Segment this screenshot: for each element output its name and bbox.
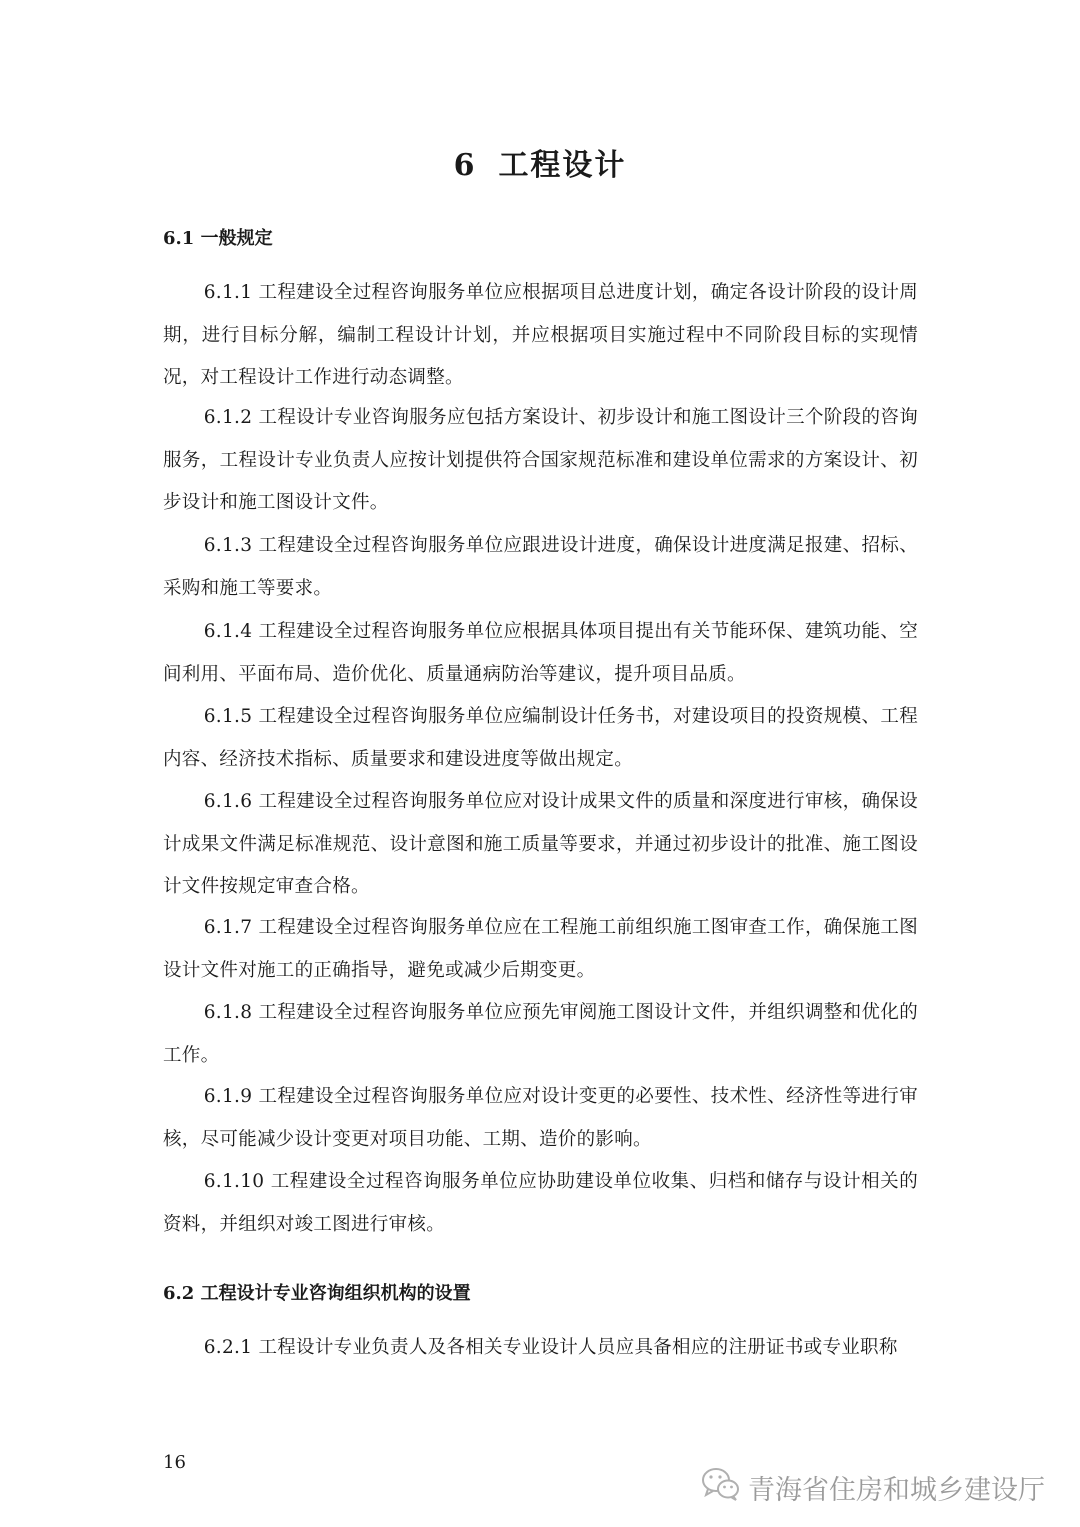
- section-heading-6-2: 6.2 工程设计专业咨询组织机构的设置: [163, 1279, 471, 1305]
- wechat-icon: [700, 1465, 742, 1510]
- clause-6-1-6: 6.1.6 工程建设全过程咨询服务单位应对设计成果文件的质量和深度进行审核，确保…: [163, 781, 918, 909]
- clause-6-1-1: 6.1.1 工程建设全过程咨询服务单位应根据项目总进度计划，确定各设计阶段的设计…: [163, 272, 918, 400]
- clause-6-1-9: 6.1.9 工程建设全过程咨询服务单位应对设计变更的必要性、技术性、经济性等进行…: [163, 1076, 918, 1161]
- chapter-title: 6工程设计: [0, 140, 1080, 184]
- clause-6-1-8: 6.1.8 工程建设全过程咨询服务单位应预先审阅施工图设计文件，并组织调整和优化…: [163, 992, 918, 1077]
- clause-6-1-2: 6.1.2 工程设计专业咨询服务应包括方案设计、初步设计和施工图设计三个阶段的咨…: [163, 397, 918, 525]
- clause-6-1-10: 6.1.10 工程建设全过程咨询服务单位应协助建设单位收集、归档和储存与设计相关…: [163, 1161, 918, 1246]
- clause-6-1-5: 6.1.5 工程建设全过程咨询服务单位应编制设计任务书，对建设项目的投资规模、工…: [163, 696, 918, 781]
- page-number: 16: [163, 1452, 186, 1473]
- section-heading-6-1: 6.1 一般规定: [163, 224, 273, 250]
- clause-6-1-3: 6.1.3 工程建设全过程咨询服务单位应跟进设计进度，确保设计进度满足报建、招标…: [163, 525, 918, 610]
- chapter-number: 6: [454, 148, 477, 183]
- chapter-name: 工程设计: [498, 148, 626, 183]
- clause-6-1-7: 6.1.7 工程建设全过程咨询服务单位应在工程施工前组织施工图审查工作，确保施工…: [163, 907, 918, 992]
- clause-6-2-1: 6.2.1 工程设计专业负责人及各相关专业设计人员应具备相应的注册证书或专业职称: [163, 1327, 918, 1370]
- watermark-text: 青海省住房和城乡建设厅: [748, 1468, 1045, 1507]
- document-page: 6工程设计 6.1 一般规定 6.1.1 工程建设全过程咨询服务单位应根据项目总…: [0, 0, 1080, 1527]
- clause-6-1-4: 6.1.4 工程建设全过程咨询服务单位应根据具体项目提出有关节能环保、建筑功能、…: [163, 611, 918, 696]
- watermark: 青海省住房和城乡建设厅: [700, 1466, 1045, 1508]
